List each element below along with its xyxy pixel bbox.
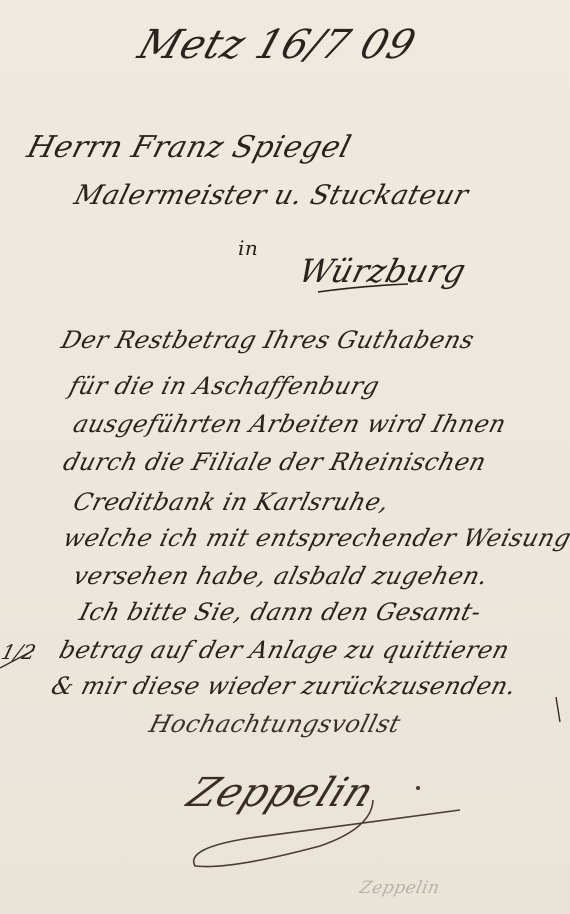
signature-dot: [416, 786, 420, 790]
body-line: betrag auf der Anlage zu quittieren: [56, 636, 512, 664]
closing: Hochachtungsvollst: [146, 710, 404, 738]
body-line: durch die Filiale der Rheinischen: [60, 448, 489, 476]
recipient-city-prefix: in: [238, 236, 258, 260]
recipient-name: Herrn Franz Spiegel: [23, 130, 355, 165]
body-line: welche ich mit entsprechender Weisung: [60, 524, 570, 552]
margin-mark: 1/2: [0, 640, 39, 664]
pencil-annotation: Zeppelin: [358, 878, 442, 898]
body-line: für die in Aschaffenburg: [66, 372, 383, 400]
signature: Zeppelin: [181, 770, 381, 816]
place-date: Metz 16/7 09: [133, 22, 422, 68]
body-line: versehen habe, alsbald zugehen.: [70, 562, 491, 590]
recipient-title: Malermeister u. Stuckateur: [71, 180, 472, 211]
letter-page: Metz 16/7 09 Herrn Franz Spiegel Malerme…: [0, 0, 570, 914]
body-line: Creditbank in Karlsruhe,: [70, 488, 392, 516]
body-line: ausgeführten Arbeiten wird Ihnen: [70, 410, 509, 438]
body-line: Der Restbetrag Ihres Guthabens: [58, 326, 477, 354]
body-line: Ich bitte Sie, dann den Gesamt-: [76, 598, 484, 626]
recipient-city: Würzburg: [295, 252, 470, 290]
body-line: & mir diese wieder zurückzusenden.: [48, 672, 519, 700]
